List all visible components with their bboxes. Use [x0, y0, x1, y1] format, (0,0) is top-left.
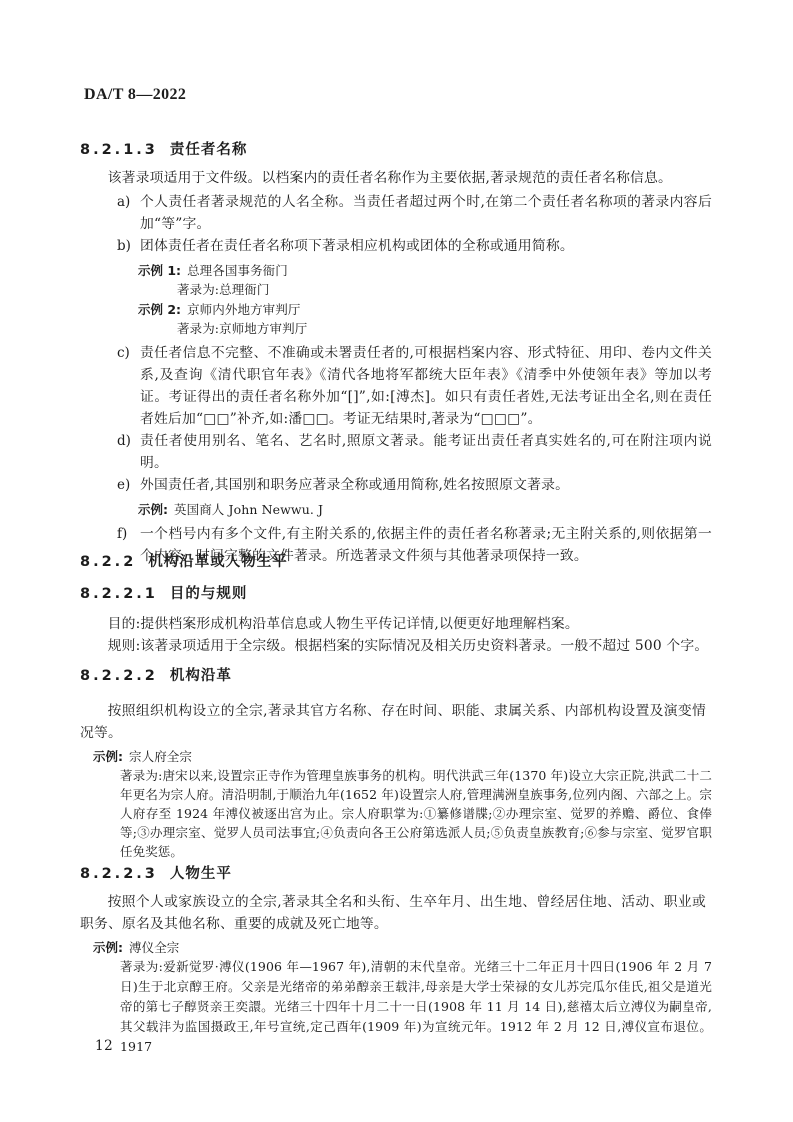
section-heading-8-2-1-3: 8.2.1.3责任者名称 [80, 138, 247, 159]
example-line: 示例:溥仪全宗 [80, 937, 712, 957]
list-item-a: a) 个人责任者著录规范的人名全称。当责任者超过两个时,在第二个责任者名称项的著… [80, 191, 712, 235]
heading-title: 机构沿革 [170, 668, 232, 684]
example-note: 著录为:唐宋以来,设置宗正寺作为管理皇族事务的机构。明代洪武三年(1370 年)… [120, 766, 712, 861]
example-group: 示例 1:总理各国事务衙门 著录为:总理衙门 示例 2:京师内外地方审判厅 著录… [80, 260, 712, 338]
heading-number: 8.2.2 [80, 554, 136, 570]
example-value: 京师内外地方审判厅 [187, 302, 300, 317]
list-item-b: b) 团体责任者在责任者名称项下著录相应机构或团体的全称或通用简称。 [80, 235, 712, 257]
example-group: 示例:英国商人 John Newwu. J [80, 499, 712, 519]
example-value: 溥仪全宗 [129, 940, 179, 955]
heading-title: 目的与规则 [170, 586, 248, 602]
example-line: 示例 1:总理各国事务衙门 [80, 260, 712, 280]
page-number: 12 [95, 1038, 113, 1054]
intro-paragraph: 该著录项适用于文件级。以档案内的责任者名称作为主要依据,著录规范的责任者名称信息… [80, 167, 710, 189]
purpose-line: 目的:提供档案形成机构沿革信息或人物生平传记详情,以便更好地理解档案。 [80, 613, 712, 635]
list-marker: b) [117, 235, 131, 257]
example-note: 著录为:京师地方审判厅 [80, 319, 712, 338]
section-heading-8-2-2-2: 8.2.2.2机构沿革 [80, 664, 232, 685]
heading-title: 人物生平 [170, 866, 232, 882]
example-line: 示例:英国商人 John Newwu. J [80, 499, 712, 519]
section-heading-8-2-2-1: 8.2.2.1目的与规则 [80, 582, 247, 603]
example-note: 著录为:总理衙门 [80, 280, 712, 299]
body-paragraph: 按照个人或家族设立的全宗,著录其全名和头衔、生卒年月、出生地、曾经居住地、活动、… [80, 891, 706, 935]
heading-title: 责任者名称 [170, 142, 248, 158]
list-marker: f) [117, 523, 127, 545]
example-label: 示例: [93, 749, 123, 764]
lettered-list: a) 个人责任者著录规范的人名全称。当责任者超过两个时,在第二个责任者名称项的著… [80, 191, 712, 567]
list-item-text: 责任者信息不完整、不准确或未署责任者的,可根据档案内容、形式特征、用印、卷内文件… [140, 342, 712, 430]
list-item-c: c) 责任者信息不完整、不准确或未署责任者的,可根据档案内容、形式特征、用印、卷… [80, 342, 712, 430]
list-item-text: 个人责任者著录规范的人名全称。当责任者超过两个时,在第二个责任者名称项的著录内容… [140, 191, 712, 235]
list-marker: e) [117, 474, 130, 496]
heading-number: 8.2.2.1 [80, 586, 158, 602]
example-value: 英国商人 John Newwu. J [174, 502, 323, 517]
section-heading-8-2-2: 8.2.2机构沿革或人物生平 [80, 550, 288, 571]
list-marker: d) [117, 430, 131, 452]
example-label: 示例: [93, 940, 123, 955]
doc-header: DA/T 8—2022 [84, 86, 186, 104]
heading-title: 机构沿革或人物生平 [148, 554, 288, 570]
example-line: 示例 2:京师内外地方审判厅 [80, 299, 712, 319]
example-label: 示例 2: [138, 302, 181, 317]
section-heading-8-2-2-3: 8.2.2.3人物生平 [80, 862, 232, 883]
heading-number: 8.2.1.3 [80, 142, 158, 158]
org-history-block: 按照组织机构设立的全宗,著录其官方名称、存在时间、职能、隶属关系、内部机构设置及… [80, 700, 712, 861]
rule-line: 规则:该著录项适用于全宗级。根据档案的实际情况及相关历史资料著录。一般不超过 5… [80, 635, 712, 657]
example-label: 示例: [138, 502, 168, 517]
example-line: 示例:宗人府全宗 [80, 746, 712, 766]
biography-block: 按照个人或家族设立的全宗,著录其全名和头衔、生卒年月、出生地、曾经居住地、活动、… [80, 891, 712, 1057]
purpose-rule-block: 目的:提供档案形成机构沿革信息或人物生平传记详情,以便更好地理解档案。 规则:该… [80, 613, 712, 657]
example-value: 总理各国事务衙门 [187, 263, 288, 278]
list-item-text: 团体责任者在责任者名称项下著录相应机构或团体的全称或通用简称。 [140, 235, 712, 257]
list-item-text: 外国责任者,其国别和职务应著录全称或通用简称,姓名按照原文著录。 [140, 474, 712, 496]
list-marker: a) [117, 191, 130, 213]
body-paragraph: 按照组织机构设立的全宗,著录其官方名称、存在时间、职能、隶属关系、内部机构设置及… [80, 700, 706, 744]
example-label: 示例 1: [138, 263, 181, 278]
list-item-e: e) 外国责任者,其国别和职务应著录全称或通用简称,姓名按照原文著录。 [80, 474, 712, 496]
list-item-text: 责任者使用别名、笔名、艺名时,照原文著录。能考证出责任者真实姓名的,可在附注项内… [140, 430, 712, 474]
heading-number: 8.2.2.3 [80, 866, 158, 882]
example-value: 宗人府全宗 [129, 749, 192, 764]
list-item-d: d) 责任者使用别名、笔名、艺名时,照原文著录。能考证出责任者真实姓名的,可在附… [80, 430, 712, 474]
example-note: 著录为:爱新觉罗·溥仪(1906 年—1967 年),清朝的末代皇帝。光绪三十二… [120, 957, 712, 1057]
heading-number: 8.2.2.2 [80, 668, 158, 684]
list-marker: c) [117, 342, 130, 364]
document-page: DA/T 8—2022 8.2.1.3责任者名称 该著录项适用于文件级。以档案内… [0, 0, 793, 1122]
